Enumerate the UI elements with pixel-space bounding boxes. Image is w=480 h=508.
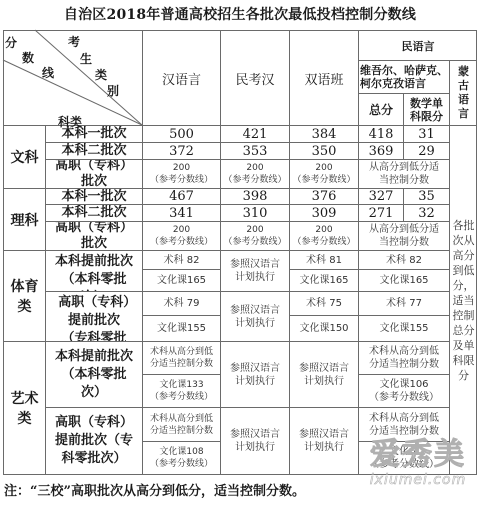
score-note: （参考分数线）	[150, 236, 213, 248]
score-cell: 29	[404, 143, 449, 159]
score-cell: 文化课106 （参考分数线）	[359, 375, 449, 407]
score-cell: 369	[359, 143, 403, 159]
batch-label: 本科二批次	[46, 205, 142, 221]
score-cell: 术科 77	[359, 292, 449, 315]
score-cell: 376	[290, 189, 358, 204]
batch-label: 高职（专科）提前批次（专科零批次）	[46, 408, 142, 474]
score-cell: 术科 79	[143, 292, 220, 315]
score-cell: 文化课108 （参考分数线）	[143, 442, 220, 474]
score-note: （参考分数线）	[292, 236, 355, 248]
category-yishu: 艺术类	[4, 342, 45, 474]
score-value: 文化课106	[379, 378, 428, 391]
corner-label-sheng: 生	[80, 50, 92, 67]
score-cell: 35	[404, 189, 449, 204]
score-value: 200	[246, 162, 263, 174]
score-note: （参考分数线）	[292, 174, 355, 186]
score-cell: 参照汉语言计划执行	[221, 408, 289, 474]
score-cell: 参照汉语言计划执行	[290, 342, 358, 407]
score-cell: 200 （参考分数线）	[143, 160, 220, 188]
score-value: 200	[315, 224, 332, 236]
corner-label-xian: 线	[42, 64, 54, 81]
score-value: 200	[315, 162, 332, 174]
batch-label: 本科一批次	[46, 189, 142, 204]
menggu-note-cell: 各批次从高分到低分，适当控制总分及单科限分	[450, 126, 477, 474]
batch-label: 本科提前批次（本科零批次）	[46, 251, 142, 291]
column-header-menggu: 蒙古语言	[450, 61, 477, 125]
score-note: （参考分数线）	[150, 174, 213, 186]
score-value: 200	[246, 224, 263, 236]
corner-label-fen: 分	[5, 34, 17, 51]
column-header-han: 汉语言	[143, 31, 220, 125]
batch-label: 高职（专科）提前批次（专科零批次）	[46, 292, 142, 341]
score-note: （参考分数线）	[150, 458, 213, 470]
score-cell: 参照汉语言计划执行	[290, 408, 358, 474]
batch-label: 本科二批次	[46, 143, 142, 159]
column-header-shuangyu: 双语班	[290, 31, 358, 125]
score-cell: 200 （参考分数线）	[221, 222, 289, 250]
score-cell: 术科从高分到低分适当控制分数	[143, 408, 220, 441]
footnote: 注：“三校”高职批次从高分到低分，适当控制分数。	[4, 480, 305, 499]
score-cell: 术科 75	[290, 292, 358, 315]
corner-label-lei: 类	[95, 66, 107, 83]
score-cell: 术科 82	[359, 251, 449, 269]
score-cell: 术科从高分到低分适当控制分数	[143, 342, 220, 374]
score-cell: 309	[290, 205, 358, 221]
score-cell: 文化课165	[290, 270, 358, 291]
score-cell: 200 （参考分数线）	[221, 160, 289, 188]
score-cell: 术科从高分到低分适当控制分数	[359, 342, 449, 374]
score-cell: 从高分到低分适当控制分数	[359, 160, 449, 188]
score-cell: 文化课150	[290, 316, 358, 341]
score-cell: 文化课 （参考分数线）	[359, 442, 449, 474]
score-cell: 372	[143, 143, 220, 159]
score-cell: 384	[290, 126, 358, 142]
corner-label-shu: 数	[22, 49, 34, 66]
score-cell: 398	[221, 189, 289, 204]
score-cell: 327	[359, 189, 403, 204]
column-header-minkaohan: 民考汉	[221, 31, 289, 125]
score-cell: 31	[404, 126, 449, 142]
score-value: 文化课133	[159, 379, 203, 391]
score-value: 200	[173, 162, 190, 174]
category-like: 理科	[4, 189, 45, 250]
batch-label: 高职（专科）批次	[46, 160, 142, 188]
column-header-weiwuer: 维吾尔、哈萨克、柯尔克孜语言	[360, 61, 448, 93]
score-table-document: 自治区2018年普通高校招生各批次最低投档控制分数线	[0, 0, 480, 508]
score-cell: 参照汉语言计划执行	[221, 292, 289, 341]
score-cell: 术科 81	[290, 251, 358, 269]
score-cell: 500	[143, 126, 220, 142]
category-tiyu: 体育类	[4, 251, 45, 341]
score-cell: 文化课165	[143, 270, 220, 291]
column-header-zongfen: 总分	[359, 94, 403, 125]
batch-label: 本科一批次	[46, 126, 142, 142]
score-cell: 467	[143, 189, 220, 204]
score-cell: 从高分到低分适当控制分数	[359, 222, 449, 250]
corner-label-kao: 考	[68, 33, 80, 50]
score-note: （参考分数线）	[369, 458, 439, 471]
score-note: （参考分数线）	[150, 391, 213, 403]
score-cell: 术科从高分到低分适当控制分数	[359, 408, 449, 441]
score-cell: 271	[359, 205, 403, 221]
score-cell: 353	[221, 143, 289, 159]
score-cell: 参照汉语言计划执行	[221, 342, 289, 407]
score-cell: 200 （参考分数线）	[290, 222, 358, 250]
score-cell: 200 （参考分数线）	[143, 222, 220, 250]
score-cell: 421	[221, 126, 289, 142]
score-cell: 文化课155	[359, 316, 449, 341]
category-wenke: 文科	[4, 126, 45, 188]
batch-label: 高职（专科）批次	[46, 222, 142, 250]
score-note: （参考分数线）	[223, 174, 286, 186]
column-header-shuxue: 数学单科限分	[404, 94, 449, 125]
score-note: （参考分数线）	[369, 391, 439, 404]
score-cell: 文化课165	[359, 270, 449, 291]
score-cell: 32	[404, 205, 449, 221]
score-cell: 341	[143, 205, 220, 221]
score-cell: 术科 82	[143, 251, 220, 269]
score-note: （参考分数线）	[223, 236, 286, 248]
score-cell: 文化课133 （参考分数线）	[143, 375, 220, 407]
score-cell: 参照汉语言计划执行	[221, 251, 289, 291]
score-cell: 文化课155	[143, 316, 220, 341]
score-value: 200	[173, 224, 190, 236]
batch-label: 本科提前批次（本科零批次）	[46, 342, 142, 407]
score-cell: 350	[290, 143, 358, 159]
corner-label-bie: 别	[107, 82, 119, 99]
score-value: 文化课108	[159, 446, 203, 458]
score-value: 文化课	[389, 445, 419, 458]
score-cell: 310	[221, 205, 289, 221]
column-header-minyuyan: 民语言	[359, 31, 477, 60]
score-cell: 418	[359, 126, 403, 142]
score-cell: 200 （参考分数线）	[290, 160, 358, 188]
